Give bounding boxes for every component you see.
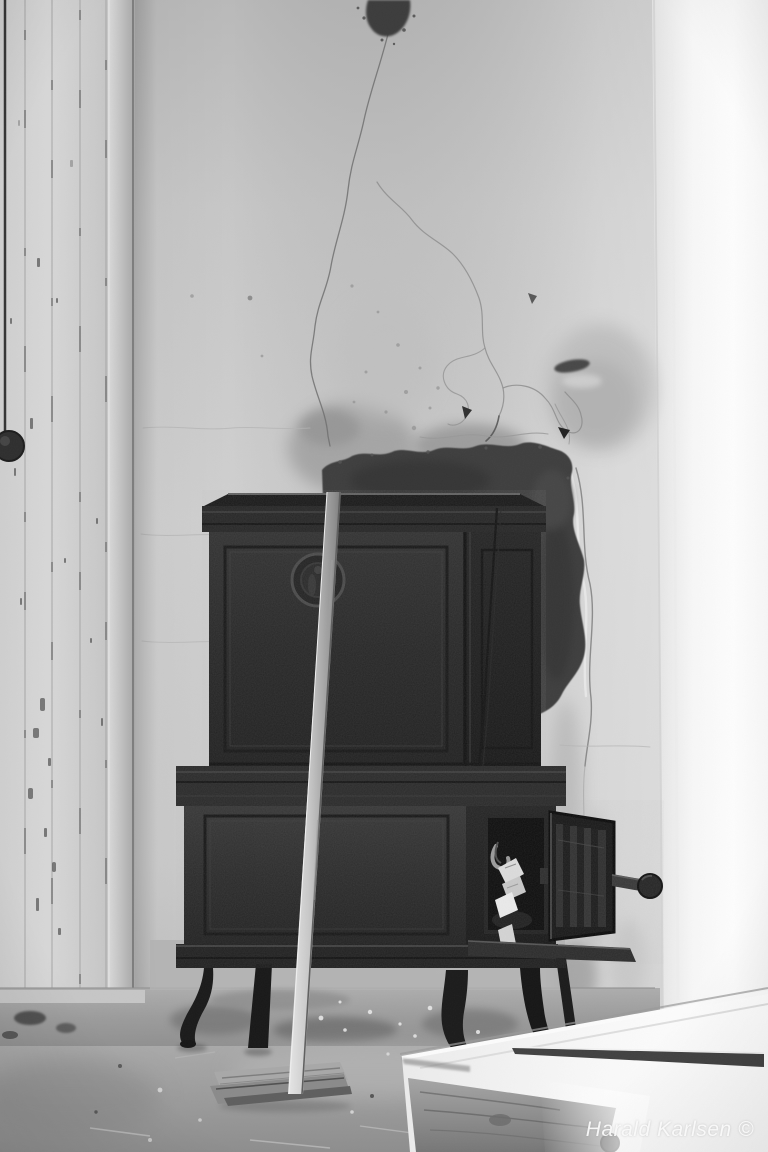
photo-canvas: Harald Karlsen © bbox=[0, 0, 768, 1152]
photo-scene bbox=[0, 0, 768, 1152]
vignette-overlay bbox=[0, 0, 768, 1152]
watermark-text: Harald Karlsen © bbox=[586, 1118, 754, 1142]
